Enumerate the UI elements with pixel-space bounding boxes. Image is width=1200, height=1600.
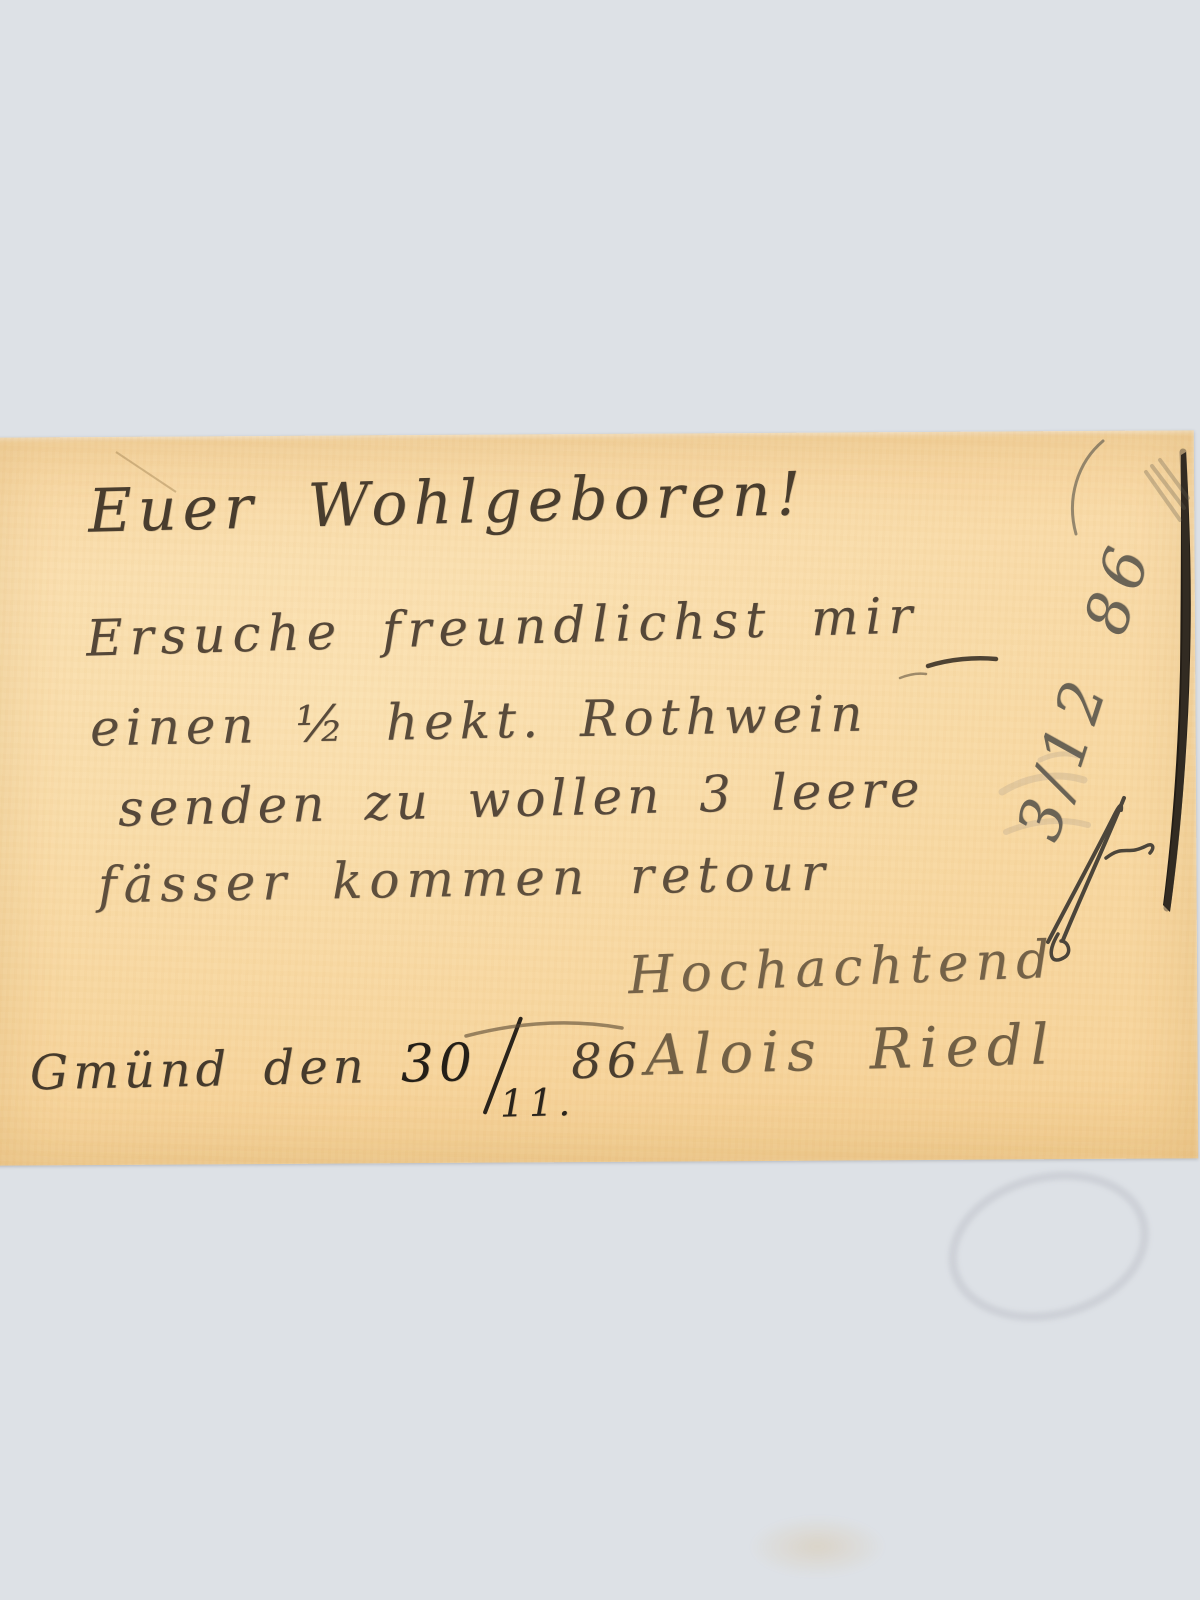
dateline-day: 30: [400, 1033, 477, 1095]
dateline-year: 86: [571, 1033, 643, 1090]
signature-line: Alois Riedl: [644, 1012, 1057, 1088]
date-fraction: 11.: [477, 1065, 540, 1110]
dateline-month: 11.: [499, 1080, 575, 1126]
paper-stain: [722, 1504, 913, 1589]
postmark-ghost: [932, 1150, 1166, 1342]
dateline: Gmünd den 3011. 86: [29, 1030, 643, 1120]
dateline-place: Gmünd den: [29, 1038, 369, 1101]
scan-background: Euer Wohlgeboren! Ersuche freundlichst m…: [0, 0, 1200, 1600]
